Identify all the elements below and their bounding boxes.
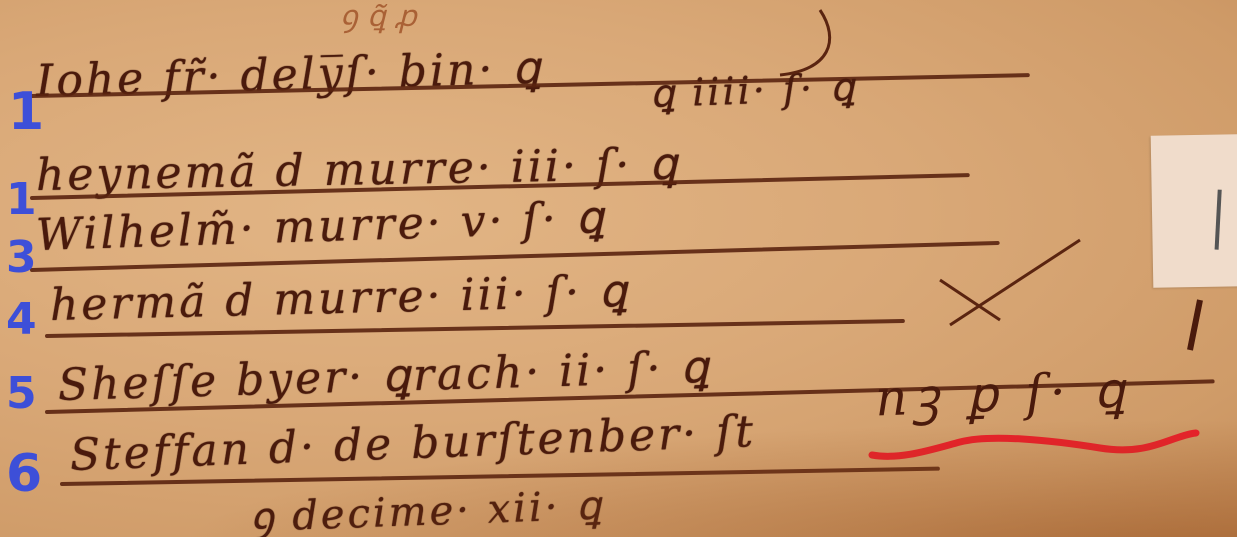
- ink-tall-stroke: [1190, 300, 1200, 350]
- manuscript-photo: ꝯ ꝗ̃ ꝓ Iohe fr̃· dely̅ſ· bin· ꝗ ꝗ iiii· …: [0, 0, 1237, 537]
- line-number-3: 3: [6, 236, 37, 280]
- line-number-2: 1: [6, 178, 37, 222]
- line-number-4: 4: [6, 298, 37, 342]
- ink-cross-stroke: [940, 240, 1080, 325]
- red-underline-annotation: [872, 433, 1196, 456]
- line-number-5: 5: [6, 372, 37, 416]
- line-number-1: 1: [8, 86, 44, 138]
- ink-bracket-stroke: [780, 10, 830, 75]
- line-number-6: 6: [6, 448, 42, 500]
- annotation-layer: [0, 0, 1237, 537]
